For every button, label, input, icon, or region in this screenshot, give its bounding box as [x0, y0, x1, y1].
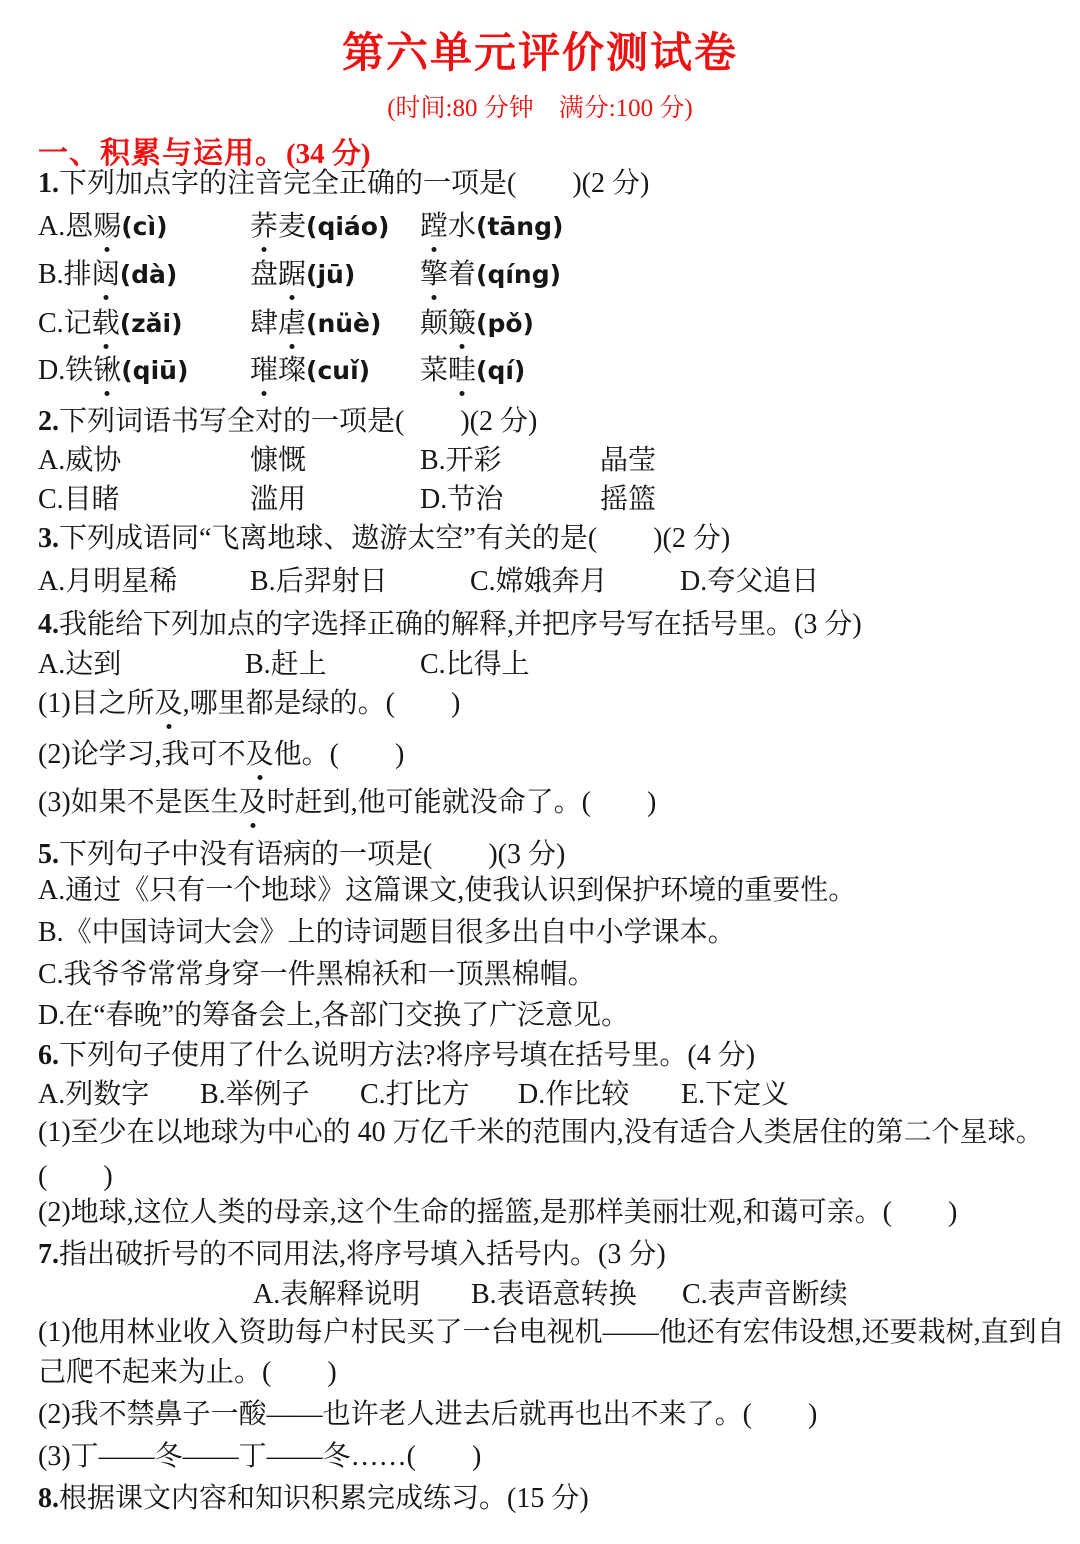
q3-option-d: D.夸父追日	[680, 564, 819, 600]
q1-option-row-b: B.排闼(dà) 盘踞(jū) 擎着(qíng)	[38, 257, 1042, 299]
char-post: 麦	[278, 211, 306, 242]
char-pre: 盘	[250, 259, 278, 290]
q6-option-b: B.举例子	[200, 1077, 310, 1113]
q4-item-1: (1)目之所及,哪里都是绿的。( )	[38, 686, 460, 722]
q1-stem: 1.下列加点字的注音完全正确的一项是( )(2 分)	[38, 166, 649, 202]
pinyin: (qí)	[476, 356, 525, 385]
q1-word-d3: 菜畦(qí)	[420, 353, 525, 389]
char-pre: D.铁	[38, 355, 93, 386]
q1-word-b1: B.排闼(dà)	[38, 257, 177, 293]
dotted-char: 锹	[93, 353, 121, 389]
pinyin: (qiū)	[121, 356, 188, 385]
char-pre: (2)论学习,我可不	[38, 739, 246, 770]
pinyin: (cì)	[121, 212, 167, 241]
q6-item-1-line-1: (1)至少在以地球为中心的 40 万亿千米的范围内,没有适合人类居住的第二个星球…	[38, 1115, 1044, 1151]
q7-item-1-line-1: (1)他用林业收入资助每户村民买了一台电视机——他还有宏伟设想,还要栽树,直到自	[38, 1315, 1065, 1351]
q7-option-b: B.表语意转换	[471, 1277, 637, 1313]
q6-option-a: A.列数字	[38, 1077, 149, 1113]
q1-option-row-c: C.记载(zǎi) 肆虐(nüè) 颠簸(pǒ)	[38, 306, 1042, 348]
q2-option-row-2: C.目睹 滥用 D.节治 摇篮	[38, 482, 1042, 524]
dotted-char: 荞	[250, 209, 278, 245]
char-post: 时赶到,他可能就没命了。( )	[267, 787, 657, 818]
q2-word: A.威协	[38, 443, 121, 479]
dotted-char: 璀	[250, 353, 278, 389]
pinyin: (pǒ)	[476, 309, 534, 338]
q6-stem-text: 下列句子使用了什么说明方法?将序号填在括号里。(4 分)	[59, 1040, 755, 1071]
q2-word: C.目睹	[38, 482, 120, 518]
dotted-char: 踞	[278, 257, 306, 293]
dotted-char: 及	[246, 737, 274, 773]
pinyin: (tāng)	[476, 212, 563, 241]
q8-number: 8.	[38, 1483, 59, 1514]
q2-option-row-1: A.威协 慷慨 B.开彩 晶莹	[38, 443, 1042, 485]
q6-option-d: D.作比较	[518, 1077, 629, 1113]
q6-option-c: C.打比方	[360, 1077, 470, 1113]
pinyin: (nüè)	[306, 309, 381, 338]
paper-subtitle: (时间:80 分钟 满分:100 分)	[0, 88, 1080, 124]
q5-option-b: B.《中国诗词大会》上的诗词题目很多出自中小学课本。	[38, 915, 736, 951]
q4-stem-text: 我能给下列加点的字选择正确的解释,并把序号写在括号里。(3 分)	[59, 609, 862, 640]
q4-option-b: B.赶上	[245, 647, 327, 683]
q6-option-e: E.下定义	[681, 1077, 789, 1113]
q7-option-c: C.表声音断续	[682, 1277, 848, 1313]
dotted-char: 虐	[278, 306, 306, 342]
q1-number: 1.	[38, 168, 59, 199]
q1-word-d1: D.铁锹(qiū)	[38, 353, 188, 389]
dotted-char: 簸	[448, 306, 476, 342]
q7-stem: 7.指出破折号的不同用法,将序号填入括号内。(3 分)	[38, 1237, 666, 1273]
q1-word-a3: 蹚水(tāng)	[420, 209, 563, 245]
char-pre: A.恩	[38, 211, 93, 242]
q1-word-c2: 肆虐(nüè)	[250, 306, 381, 342]
q3-option-c: C.嫦娥奔月	[470, 564, 608, 600]
char-post: 他。( )	[274, 739, 405, 770]
char-post: 水	[448, 211, 476, 242]
pinyin: (jū)	[306, 260, 355, 289]
dotted-char: 畦	[448, 353, 476, 389]
q4-item-3: (3)如果不是医生及时赶到,他可能就没命了。( )	[38, 785, 656, 821]
q1-stem-text: 下列加点字的注音完全正确的一项是( )(2 分)	[59, 168, 649, 199]
dotted-char: 及	[155, 686, 183, 722]
q5-stem: 5.下列句子中没有语病的一项是( )(3 分)	[38, 837, 565, 873]
q6-item-1-answer-brackets: ( )	[38, 1159, 113, 1195]
q7-item-1-line-2: 己爬不起来为止。( )	[38, 1355, 337, 1391]
q4-option-a: A.达到	[38, 647, 121, 683]
dotted-char: 载	[92, 306, 120, 342]
q8-stem-text: 根据课文内容和知识积累完成练习。(15 分)	[59, 1483, 589, 1514]
q2-word: D.节治	[420, 482, 503, 518]
char-post: ,哪里都是绿的。( )	[183, 688, 461, 719]
q5-stem-text: 下列句子中没有语病的一项是( )(3 分)	[59, 839, 565, 870]
q3-option-row: A.月明星稀 B.后羿射日 C.嫦娥奔月 D.夸父追日	[38, 564, 1042, 606]
char-pre: C.记	[38, 308, 92, 339]
q6-stem: 6.下列句子使用了什么说明方法?将序号填在括号里。(4 分)	[38, 1038, 755, 1074]
q7-item-2: (2)我不禁鼻子一酸——也许老人进去后就再也出不来了。( )	[38, 1397, 817, 1433]
q5-option-d: D.在“春晚”的筹备会上,各部门交换了广泛意见。	[38, 998, 629, 1034]
q1-word-d2: 璀璨(cuǐ)	[250, 353, 370, 389]
char-pre: 肆	[250, 308, 278, 339]
char-post: 璨	[278, 355, 306, 386]
q2-word: 滥用	[250, 482, 306, 518]
dotted-char: 及	[239, 785, 267, 821]
q3-option-b: B.后羿射日	[250, 564, 388, 600]
q3-option-a: A.月明星稀	[38, 564, 177, 600]
char-pre: 菜	[420, 355, 448, 386]
char-pre: B.排	[38, 259, 92, 290]
q2-number: 2.	[38, 406, 59, 437]
q2-word: 慷慨	[250, 443, 306, 479]
q2-word: 晶莹	[600, 443, 656, 479]
paper-title: 第六单元评价测试卷	[0, 20, 1080, 80]
dotted-char: 蹚	[420, 209, 448, 245]
dotted-char: 擎	[420, 257, 448, 293]
q4-option-c: C.比得上	[420, 647, 530, 683]
q5-number: 5.	[38, 839, 59, 870]
q7-stem-text: 指出破折号的不同用法,将序号填入括号内。(3 分)	[59, 1239, 666, 1270]
q1-word-c3: 颠簸(pǒ)	[420, 306, 534, 342]
q4-stem: 4.我能给下列加点的字选择正确的解释,并把序号写在括号里。(3 分)	[38, 607, 862, 643]
q6-option-row: A.列数字 B.举例子 C.打比方 D.作比较 E.下定义	[38, 1077, 1042, 1119]
pinyin: (zǎi)	[120, 309, 183, 338]
q4-item-2: (2)论学习,我可不及他。( )	[38, 737, 404, 773]
q7-option-row: A.表解释说明 B.表语意转换 C.表声音断续	[38, 1277, 1042, 1319]
q6-item-2: (2)地球,这位人类的母亲,这个生命的摇篮,是那样美丽壮观,和蔼可亲。( )	[38, 1195, 957, 1231]
dotted-char: 闼	[92, 257, 120, 293]
q1-option-row-a: A.恩赐(cì) 荞麦(qiáo) 蹚水(tāng)	[38, 209, 1042, 251]
char-pre: (3)如果不是医生	[38, 787, 239, 818]
q1-word-a2: 荞麦(qiáo)	[250, 209, 389, 245]
q3-stem: 3.下列成语同“飞离地球、遨游太空”有关的是( )(2 分)	[38, 521, 730, 557]
q2-stem-text: 下列词语书写全对的一项是( )(2 分)	[59, 406, 537, 437]
char-pre: 颠	[420, 308, 448, 339]
q3-number: 3.	[38, 523, 59, 554]
q7-option-a: A.表解释说明	[253, 1277, 420, 1313]
test-paper-page: 第六单元评价测试卷 (时间:80 分钟 满分:100 分) 一、积累与运用。(3…	[0, 0, 1080, 1544]
char-post: 着	[448, 259, 476, 290]
q4-option-row: A.达到 B.赶上 C.比得上	[38, 647, 1042, 689]
dotted-char: 赐	[93, 209, 121, 245]
char-pre: (1)目之所	[38, 688, 155, 719]
q1-word-a1: A.恩赐(cì)	[38, 209, 168, 245]
pinyin: (dà)	[120, 260, 178, 289]
q2-word: 摇篮	[600, 482, 656, 518]
pinyin: (qíng)	[476, 260, 561, 289]
q6-number: 6.	[38, 1040, 59, 1071]
q7-number: 7.	[38, 1239, 59, 1270]
q2-word: B.开彩	[420, 443, 502, 479]
pinyin: (qiáo)	[306, 212, 389, 241]
q5-option-a: A.通过《只有一个地球》这篇课文,使我认识到保护环境的重要性。	[38, 873, 856, 909]
q4-number: 4.	[38, 609, 59, 640]
pinyin: (cuǐ)	[306, 356, 370, 385]
q1-word-b2: 盘踞(jū)	[250, 257, 355, 293]
q3-stem-text: 下列成语同“飞离地球、遨游太空”有关的是( )(2 分)	[59, 523, 730, 554]
q1-word-b3: 擎着(qíng)	[420, 257, 561, 293]
q5-option-c: C.我爷爷常常身穿一件黑棉袄和一顶黑棉帽。	[38, 957, 596, 993]
q7-item-3: (3)丁——冬——丁——冬……( )	[38, 1439, 481, 1475]
q1-word-c1: C.记载(zǎi)	[38, 306, 183, 342]
q8-stem: 8.根据课文内容和知识积累完成练习。(15 分)	[38, 1481, 589, 1517]
q1-option-row-d: D.铁锹(qiū) 璀璨(cuǐ) 菜畦(qí)	[38, 353, 1042, 395]
q2-stem: 2.下列词语书写全对的一项是( )(2 分)	[38, 404, 537, 440]
